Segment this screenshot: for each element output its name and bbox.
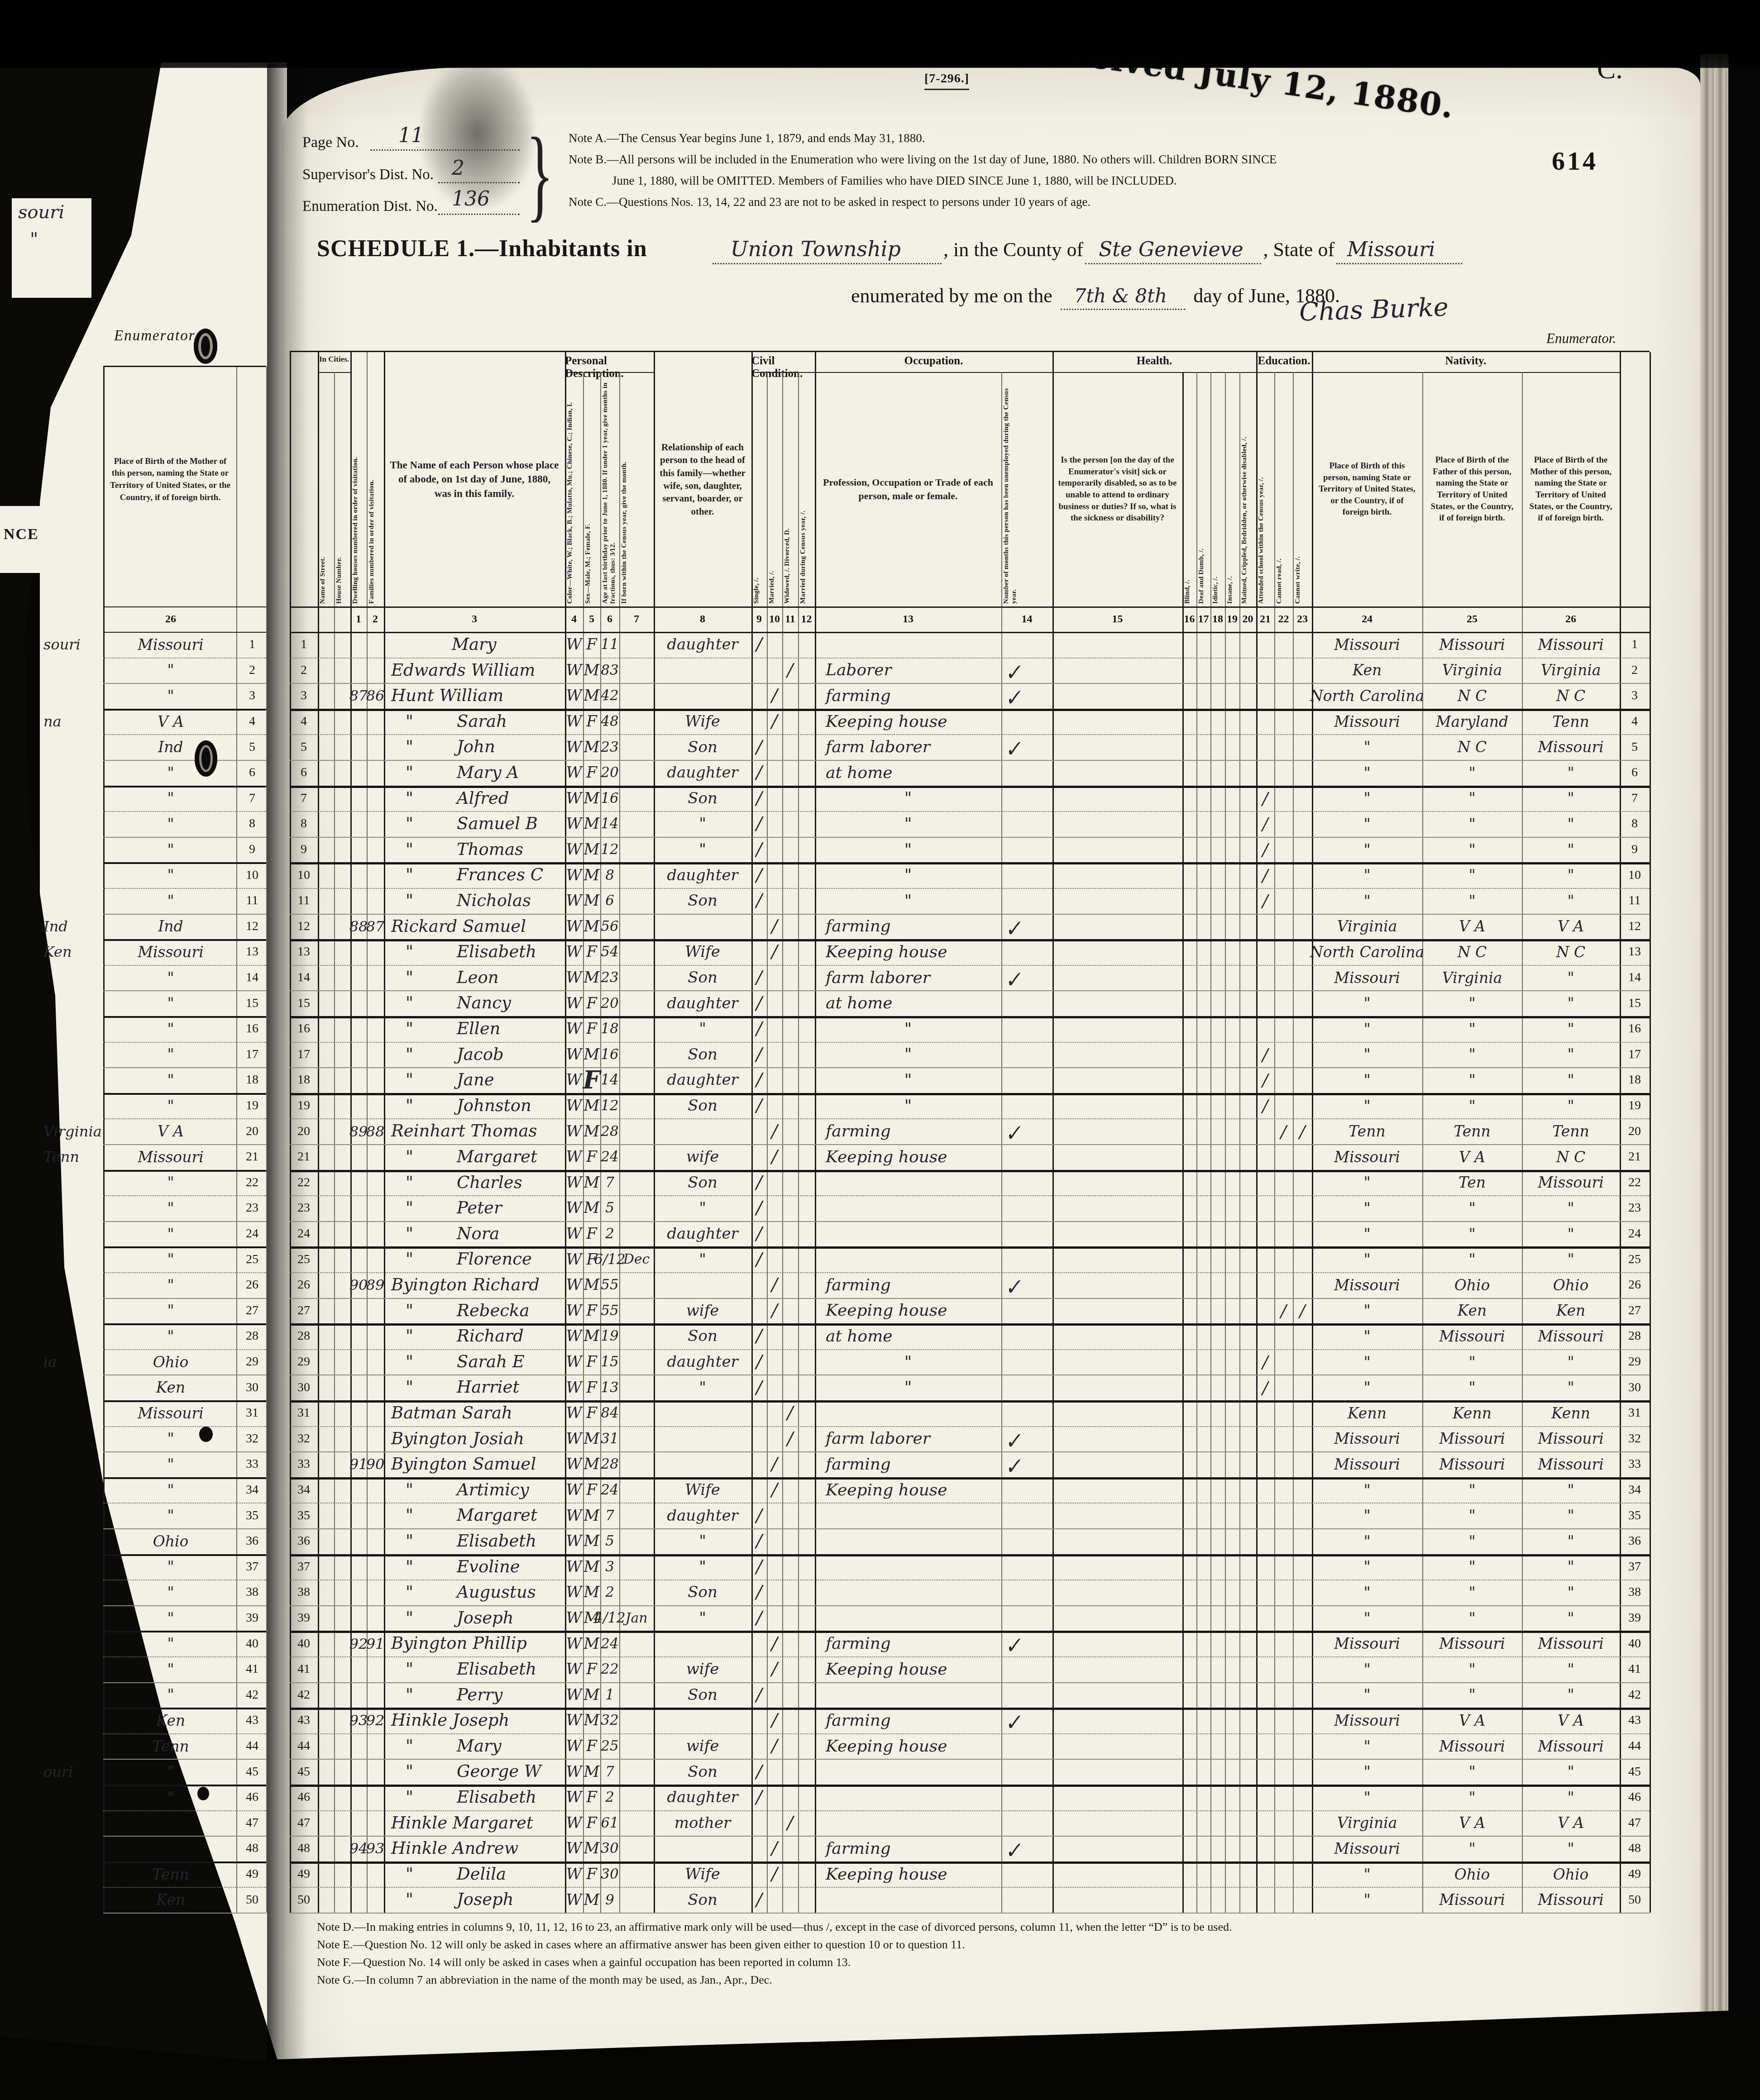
- civil-condition-mark: /: [751, 837, 767, 863]
- civil-condition-mark: /: [751, 1528, 767, 1554]
- left-mother-birthplace-cell: ": [105, 965, 236, 991]
- col-header-c18: Idiotic, /.: [1211, 372, 1224, 606]
- enum-dist-label: Enumeration Dist. No.: [302, 198, 438, 215]
- left-row-number: 32: [238, 1426, 266, 1452]
- column-group-hl: Health.: [1052, 352, 1256, 375]
- father-birthplace-cell: ": [1422, 1221, 1522, 1247]
- civil-condition-mark: /: [751, 632, 767, 658]
- row-number-left: 16: [290, 1016, 318, 1042]
- civil-condition-mark: /: [767, 1451, 782, 1477]
- row-number-right: 44: [1620, 1733, 1650, 1759]
- left-mother-birthplace-cell: ": [105, 1759, 236, 1785]
- left-row-number: 34: [238, 1477, 266, 1503]
- row-number-right: 2: [1620, 658, 1650, 683]
- col-header-c7: If born within the Census year, give the…: [620, 372, 653, 606]
- color-cell: W: [565, 1067, 583, 1093]
- sex-cell: M: [583, 1708, 600, 1733]
- sex-cell: F: [583, 1785, 600, 1810]
- left-mother-birthplace-cell: ": [105, 1042, 236, 1068]
- column-group-cc: Civil Condition.: [751, 352, 815, 375]
- age-cell: 56: [600, 914, 619, 940]
- row-number-right: 16: [1620, 1016, 1650, 1042]
- color-cell: W: [565, 760, 583, 786]
- row-number-left: 42: [290, 1682, 318, 1708]
- birthplace-cell: ": [1312, 1656, 1422, 1682]
- occupation-cell: Keeping house: [815, 1144, 1012, 1170]
- civil-condition-mark: /: [751, 862, 767, 888]
- left-row-number: 30: [238, 1375, 266, 1400]
- age-cell: 11: [600, 632, 619, 658]
- sex-cell: M: [583, 965, 600, 991]
- row-number-right: 50: [1620, 1887, 1650, 1913]
- father-birthplace-cell: ": [1422, 1042, 1522, 1068]
- row-number-left: 48: [290, 1836, 318, 1861]
- father-birthplace-cell: ": [1422, 1656, 1522, 1682]
- name-cell: "Elisabeth: [384, 1785, 565, 1810]
- cannot-read-mark: /: [1274, 1118, 1293, 1144]
- color-cell: W: [565, 1451, 583, 1477]
- birthplace-cell: Missouri: [1312, 965, 1422, 991]
- row-number-right: 17: [1620, 1042, 1650, 1068]
- age-cell: 30: [600, 1836, 619, 1861]
- civil-condition-mark: /: [751, 1887, 767, 1913]
- relationship-cell: wife: [654, 1144, 751, 1170]
- age-cell: 19: [600, 1323, 619, 1349]
- name-cell: "Margaret: [384, 1144, 565, 1170]
- col-header-c21: Attended school within the Census year, …: [1257, 372, 1273, 606]
- civil-condition-mark: /: [751, 1067, 767, 1093]
- row-number-right: 30: [1620, 1375, 1650, 1400]
- row-number-right: 4: [1620, 709, 1650, 735]
- left-row-number: 11: [238, 888, 266, 914]
- row-number-left: 2: [290, 658, 318, 683]
- left-row-number: 38: [238, 1580, 266, 1605]
- row-number-left: 27: [290, 1298, 318, 1324]
- relationship-cell: Son: [654, 1042, 751, 1068]
- father-birthplace-cell: Missouri: [1422, 1887, 1522, 1913]
- col-header-c16: Blind, /.: [1183, 372, 1196, 606]
- left-grid-vline: [266, 367, 267, 1913]
- mother-birthplace-cell: Kenn: [1522, 1400, 1620, 1426]
- color-cell: W: [565, 1887, 583, 1913]
- row-number-right: 20: [1620, 1118, 1650, 1144]
- mother-birthplace-cell: N C: [1522, 939, 1620, 965]
- sex-cell: M: [583, 1836, 600, 1861]
- color-cell: W: [565, 1144, 583, 1170]
- left-mother-birthplace-cell: ": [105, 683, 236, 709]
- age-cell: 5: [600, 1195, 619, 1221]
- school-mark: /: [1256, 1375, 1274, 1400]
- enum-dist-value: 136: [452, 187, 490, 210]
- header-notes: Note A.—The Census Year begins June 1, 1…: [569, 128, 1592, 213]
- civil-condition-mark: /: [751, 1349, 767, 1375]
- relationship-cell: Wife: [654, 939, 751, 965]
- civil-condition-mark: /: [751, 888, 767, 914]
- age-cell: 14: [600, 1067, 619, 1093]
- father-birthplace-cell: ": [1422, 1246, 1522, 1272]
- col-number-16: 16: [1182, 606, 1196, 632]
- civil-condition-mark: /: [767, 939, 782, 965]
- right-black-margin: [1728, 0, 1760, 2100]
- age-cell: 48: [600, 709, 619, 735]
- state-label: , State of: [1263, 239, 1334, 261]
- relationship-cell: ": [654, 837, 751, 863]
- color-cell: W: [565, 1477, 583, 1503]
- col-header-c24: Place of Birth of this person, naming St…: [1314, 372, 1420, 606]
- sex-cell: F: [583, 1656, 600, 1682]
- color-cell: W: [565, 1093, 583, 1119]
- birthplace-cell: Missouri: [1312, 1836, 1422, 1861]
- row-number-right: 32: [1620, 1426, 1650, 1452]
- left-row-number: 41: [238, 1656, 266, 1682]
- mother-birthplace-cell: ": [1522, 1554, 1620, 1580]
- col-number-7: 7: [619, 606, 654, 632]
- row-number-left: 13: [290, 939, 318, 965]
- note-f: Note F.—Question No. 14 will only be ask…: [317, 1953, 1630, 1971]
- sex-cell: M: [583, 1323, 600, 1349]
- row-number-right: 22: [1620, 1170, 1650, 1196]
- left-row-number: 3: [238, 683, 266, 709]
- row-number-right: 35: [1620, 1503, 1650, 1528]
- column-group-pd: Personal Description.: [565, 352, 654, 375]
- left-row-number: 48: [238, 1836, 266, 1861]
- birthplace-cell: ": [1312, 1682, 1422, 1708]
- name-cell: "Elisabeth: [384, 1528, 565, 1554]
- col-number-25: 25: [1422, 606, 1522, 632]
- row-number-right: 6: [1620, 760, 1650, 786]
- left-row-number: 50: [238, 1887, 266, 1913]
- relationship-cell: ": [654, 1375, 751, 1400]
- school-mark: /: [1256, 786, 1274, 811]
- civil-condition-mark: /: [751, 1682, 767, 1708]
- row-number-left: 14: [290, 965, 318, 991]
- birthplace-cell: ": [1312, 1759, 1422, 1785]
- left-father-birthplace-fragment: Virginia: [43, 1118, 102, 1144]
- col-number-10: 10: [767, 606, 782, 632]
- name-cell: Batman Sarah: [384, 1400, 565, 1426]
- birth-month-cell: Jan: [619, 1605, 654, 1631]
- occupation-cell: Keeping house: [815, 1298, 1012, 1324]
- name-cell: "Florence: [384, 1246, 565, 1272]
- mother-birthplace-cell: ": [1522, 1221, 1620, 1247]
- civil-condition-mark: /: [751, 734, 767, 760]
- color-cell: W: [565, 1375, 583, 1400]
- left-mother-birthplace-cell: ": [105, 786, 236, 811]
- mother-birthplace-cell: ": [1522, 837, 1620, 863]
- row-number-right: 49: [1620, 1861, 1650, 1887]
- birthplace-cell: ": [1312, 1170, 1422, 1196]
- mother-birthplace-cell: Ken: [1522, 1298, 1620, 1324]
- name-cell: "Augustus: [384, 1580, 565, 1605]
- row-number-left: 18: [290, 1067, 318, 1093]
- birthplace-cell: Virginia: [1312, 1810, 1422, 1836]
- father-birthplace-cell: N C: [1422, 683, 1522, 709]
- left-row-number: 8: [238, 811, 266, 837]
- occupation-cell: Keeping house: [815, 1861, 1012, 1887]
- left-row-number: 16: [238, 1016, 266, 1042]
- color-cell: W: [565, 1118, 583, 1144]
- sex-cell: M: [583, 888, 600, 914]
- name-cell: "Alfred: [384, 786, 565, 811]
- color-cell: W: [565, 837, 583, 863]
- color-cell: W: [565, 1528, 583, 1554]
- row-number-right: 39: [1620, 1605, 1650, 1631]
- schedule-title: SCHEDULE 1.—Inhabitants in: [317, 236, 647, 262]
- dwelling-number: 93: [350, 1708, 367, 1733]
- mother-birthplace-cell: V A: [1522, 914, 1620, 940]
- row-number-right: 3: [1620, 683, 1650, 709]
- left-row-number: 46: [238, 1785, 266, 1810]
- col-header-c1: Dwelling houses numbered in order of vis…: [351, 352, 366, 606]
- civil-condition-mark: /: [767, 1733, 782, 1759]
- color-cell: W: [565, 1554, 583, 1580]
- relationship-cell: Son: [654, 1887, 751, 1913]
- row-number-right: 1: [1620, 632, 1650, 658]
- mother-birthplace-cell: ": [1522, 1042, 1620, 1068]
- age-cell: 7: [600, 1503, 619, 1528]
- col-header-c17: Deaf and Dumb, /.: [1197, 372, 1210, 606]
- note-d: Note D.—In making entries in columns 9, …: [317, 1918, 1630, 1936]
- row-number-right: 47: [1620, 1810, 1650, 1836]
- age-cell: 3: [600, 1554, 619, 1580]
- left-grid-vline: [236, 367, 237, 1913]
- mother-birthplace-cell: ": [1522, 888, 1620, 914]
- left-row-number: 35: [238, 1503, 266, 1528]
- occupation-cell: farming: [815, 683, 1012, 709]
- left-mother-birthplace-cell: Missouri: [105, 632, 236, 658]
- age-cell: 7: [600, 1170, 619, 1196]
- census-scan-1880: souri " NCE [7-296.] Received July 12, 1…: [0, 0, 1760, 2100]
- left-mother-birthplace-cell: Ken: [105, 1708, 236, 1733]
- civil-condition-mark: /: [767, 1656, 782, 1682]
- row-number-left: 19: [290, 1093, 318, 1119]
- father-birthplace-cell: ": [1422, 1785, 1522, 1810]
- relationship-cell: daughter: [654, 632, 751, 658]
- name-cell: Edwards William: [384, 658, 565, 683]
- color-cell: W: [565, 1323, 583, 1349]
- occupation-cell: ": [815, 1042, 1001, 1068]
- occupation-cell: farm laborer: [815, 965, 1012, 991]
- mother-birthplace-cell: Missouri: [1522, 1631, 1620, 1656]
- left-row-number: 43: [238, 1708, 266, 1733]
- left-mother-birthplace-cell: Ohio: [105, 1528, 236, 1554]
- row-number-right: 46: [1620, 1785, 1650, 1810]
- civil-condition-mark: /: [751, 965, 767, 991]
- name-cell: Rickard Samuel: [384, 914, 565, 940]
- left-col26-header: Place of Birth of the Mother of this per…: [107, 389, 234, 570]
- father-birthplace-cell: ": [1422, 1528, 1522, 1554]
- mother-birthplace-cell: ": [1522, 1246, 1620, 1272]
- color-cell: W: [565, 1836, 583, 1861]
- sup-dist-line: [438, 182, 520, 183]
- county-value: Ste Genevieve: [1085, 238, 1261, 264]
- left-row-number: 13: [238, 939, 266, 965]
- relationship-cell: daughter: [654, 760, 751, 786]
- spine-scrap-text: NCE: [0, 506, 42, 543]
- left-row-number: 6: [238, 760, 266, 786]
- row-number-left: 40: [290, 1631, 318, 1656]
- age-cell: 2: [600, 1785, 619, 1810]
- sex-cell: M: [583, 1887, 600, 1913]
- name-cell: "Mary A: [384, 760, 565, 786]
- left-mother-birthplace-cell: Ohio: [105, 1349, 236, 1375]
- sex-cell: F: [583, 709, 600, 735]
- row-number-right: 29: [1620, 1349, 1650, 1375]
- mother-birthplace-cell: Missouri: [1522, 1451, 1620, 1477]
- row-number-left: 50: [290, 1887, 318, 1913]
- civil-condition-mark: /: [751, 760, 767, 786]
- page-no-line: [370, 149, 520, 151]
- name-cell: "Evoline: [384, 1554, 565, 1580]
- left-row-number: 33: [238, 1451, 266, 1477]
- birthplace-cell: ": [1312, 1605, 1422, 1631]
- father-birthplace-cell: V A: [1422, 1810, 1522, 1836]
- left-row-number: 39: [238, 1605, 266, 1631]
- family-number: 88: [367, 1118, 384, 1144]
- father-birthplace-cell: ": [1422, 1375, 1522, 1400]
- occupation-cell: ": [815, 888, 1001, 914]
- color-cell: W: [565, 1682, 583, 1708]
- row-number-right: 19: [1620, 1093, 1650, 1119]
- relationship-cell: ": [654, 1016, 751, 1042]
- mother-birthplace-cell: ": [1522, 1067, 1620, 1093]
- name-cell: "Delila: [384, 1861, 565, 1887]
- name-cell: "Sarah E: [384, 1349, 565, 1375]
- col-header-c12: Married during Census year, /.: [799, 372, 814, 606]
- enum-date-value: 7th & 8th: [1061, 285, 1185, 310]
- left-mother-birthplace-cell: Missouri: [105, 1144, 236, 1170]
- civil-condition-mark: /: [767, 1272, 782, 1298]
- col-header-c4: Color—White, W.; Black, B.; Mulatto, Mu.…: [566, 372, 582, 606]
- dwelling-number: 92: [350, 1631, 367, 1656]
- enum-dist-line: [438, 214, 520, 215]
- color-cell: W: [565, 1605, 583, 1631]
- name-cell: "Perry: [384, 1682, 565, 1708]
- occupation-cell: ": [815, 811, 1001, 837]
- school-mark: /: [1256, 837, 1274, 863]
- family-number: 92: [367, 1708, 384, 1733]
- age-cell: 84: [600, 1400, 619, 1426]
- county-label: , in the County of: [943, 239, 1083, 261]
- left-mother-birthplace-cell: ": [105, 1246, 236, 1272]
- sex-cell: M: [583, 1528, 600, 1554]
- occupation-cell: ": [815, 1349, 1001, 1375]
- sex-cell: F: [583, 1861, 600, 1887]
- mother-birthplace-cell: V A: [1522, 1708, 1620, 1733]
- col-number-4: 4: [565, 606, 583, 632]
- col-header-c14: Number of months this person has been un…: [1002, 372, 1052, 606]
- district-block: Page No. 11 Supervisor's Dist. No. 2 Enu…: [302, 123, 538, 223]
- col-header-street: Name of Street.: [319, 372, 333, 606]
- relationship-cell: daughter: [654, 1785, 751, 1810]
- grid-vline: [1650, 352, 1651, 1913]
- grid-hline: [290, 351, 1650, 352]
- left-mother-birthplace-cell: ": [105, 1785, 236, 1810]
- enumerated-line: enumerated by me on the 7th & 8th day of…: [851, 284, 1340, 316]
- civil-condition-mark: /: [782, 1426, 798, 1452]
- age-cell: 20: [600, 760, 619, 786]
- row-number-right: 48: [1620, 1836, 1650, 1861]
- father-birthplace-cell: ": [1422, 990, 1522, 1016]
- cannot-read-mark: /: [1274, 1298, 1293, 1324]
- father-birthplace-cell: V A: [1422, 1708, 1522, 1733]
- relationship-cell: Son: [654, 1580, 751, 1605]
- color-cell: W: [565, 1272, 583, 1298]
- footer-notes: Note D.—In making entries in columns 9, …: [317, 1918, 1630, 1989]
- name-cell: "Nancy: [384, 990, 565, 1016]
- occupation-cell: ": [815, 862, 1001, 888]
- age-cell: 7: [600, 1759, 619, 1785]
- page-no-label: Page No.: [302, 134, 359, 151]
- relationship-cell: wife: [654, 1656, 751, 1682]
- father-birthplace-cell: ": [1422, 1554, 1522, 1580]
- left-row-number: 7: [238, 786, 266, 811]
- sex-cell: F: [583, 1349, 600, 1375]
- left-mother-birthplace-cell: V A: [105, 709, 236, 735]
- birthplace-cell: North Carolina: [1312, 683, 1422, 709]
- row-number-right: 13: [1620, 939, 1650, 965]
- name-cell: "Charles: [384, 1170, 565, 1196]
- mother-birthplace-cell: ": [1522, 1580, 1620, 1605]
- row-number-left: 12: [290, 914, 318, 940]
- relationship-cell: Son: [654, 1682, 751, 1708]
- row-number-right: 33: [1620, 1451, 1650, 1477]
- township-value: Union Township: [713, 237, 942, 264]
- relationship-cell: ": [654, 1605, 751, 1631]
- birthplace-cell: Missouri: [1312, 632, 1422, 658]
- row-number-left: 36: [290, 1528, 318, 1554]
- father-birthplace-cell: V A: [1422, 1144, 1522, 1170]
- birthplace-cell: ": [1312, 760, 1422, 786]
- row-number-right: 10: [1620, 862, 1650, 888]
- occupation-cell: Keeping house: [815, 1477, 1012, 1503]
- age-cell: 2: [600, 1221, 619, 1247]
- father-birthplace-cell: Virginia: [1422, 965, 1522, 991]
- mother-birthplace-cell: ": [1522, 1785, 1620, 1810]
- col-header-c3: The Name of each Person whose place of a…: [386, 352, 563, 606]
- row-number-right: 37: [1620, 1554, 1650, 1580]
- civil-condition-mark: /: [751, 1093, 767, 1119]
- left-mother-birthplace-cell: ": [105, 1016, 236, 1042]
- left-mother-birthplace-cell: ": [105, 1298, 236, 1324]
- left-col26-number: 26: [105, 606, 236, 632]
- mother-birthplace-cell: Tenn: [1522, 709, 1620, 735]
- birthplace-cell: ": [1312, 1528, 1422, 1554]
- relationship-cell: ": [654, 1554, 751, 1580]
- relationship-cell: Son: [654, 1323, 751, 1349]
- color-cell: W: [565, 632, 583, 658]
- name-cell: "John: [384, 734, 565, 760]
- row-number-left: 20: [290, 1118, 318, 1144]
- father-birthplace-cell: Tenn: [1422, 1118, 1522, 1144]
- birthplace-cell: ": [1312, 786, 1422, 811]
- birthplace-cell: Missouri: [1312, 1708, 1422, 1733]
- enumerated-label: enumerated by me on the: [851, 285, 1052, 307]
- col-number-17: 17: [1196, 606, 1210, 632]
- mother-birthplace-cell: Missouri: [1522, 1170, 1620, 1196]
- sex-cell: M: [583, 734, 600, 760]
- col-number-13: 13: [815, 606, 1001, 632]
- father-birthplace-cell: ": [1422, 1605, 1522, 1631]
- occupation-cell: farming: [815, 1836, 1012, 1861]
- sex-cell: F: [583, 632, 600, 658]
- occupation-cell: at home: [815, 990, 1012, 1016]
- sex-cell: M: [583, 1503, 600, 1528]
- mother-birthplace-cell: Ohio: [1522, 1861, 1620, 1887]
- left-mother-birthplace-cell: ": [105, 1503, 236, 1528]
- occupation-cell: farming: [815, 1451, 1012, 1477]
- name-cell: Hinkle Andrew: [384, 1836, 565, 1861]
